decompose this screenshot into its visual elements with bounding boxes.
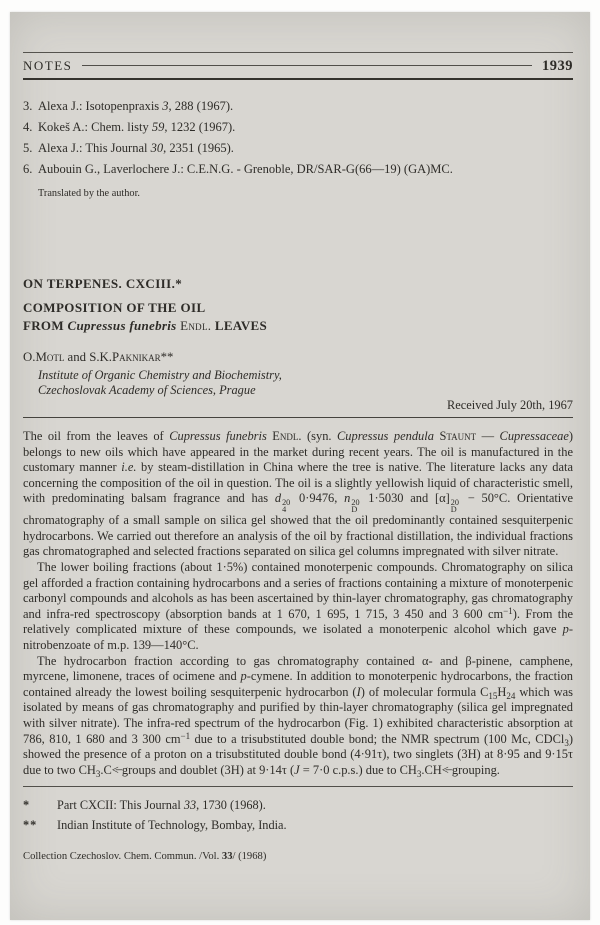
authors-line: O.Motl and S.K.Paknikar**: [23, 349, 573, 365]
article-title-line1: COMPOSITION OF THE OIL: [23, 300, 573, 316]
reference-number: 3.: [23, 96, 38, 117]
reference-number: 4.: [23, 117, 38, 138]
reference-item: 3. Alexa J.: Isotopenpraxis 3, 288 (1967…: [23, 96, 573, 117]
article-series-title: ON TERPENES. CXCIII.*: [23, 276, 573, 291]
affiliation-line-2: Czechoslovak Academy of Sciences, Prague: [38, 383, 573, 398]
affiliation-line-1: Institute of Organic Chemistry and Bioch…: [38, 368, 573, 383]
header-rule: [82, 65, 532, 66]
received-date: Received July 20th, 1967: [23, 398, 573, 413]
reference-item: 6. Aubouin G., Laverlochere J.: C.E.N.G.…: [23, 159, 573, 180]
reference-list: 3. Alexa J.: Isotopenpraxis 3, 288 (1967…: [23, 96, 573, 180]
footnote-list: * Part CXCII: This Journal 33, 1730 (196…: [23, 795, 573, 835]
running-head: NOTES: [23, 58, 72, 74]
paragraph: The lower boiling fractions (about 1·5%)…: [23, 560, 573, 654]
footnote-text: Part CXCII: This Journal 33, 1730 (1968)…: [57, 795, 573, 815]
affiliation: Institute of Organic Chemistry and Bioch…: [38, 368, 573, 398]
page-number: 1939: [542, 58, 573, 75]
paragraph: The oil from the leaves of Cupressus fun…: [23, 429, 573, 560]
reference-text: Alexa J.: This Journal 30, 2351 (1965).: [38, 138, 573, 159]
footnote-marker: *: [23, 795, 57, 815]
reference-number: 5.: [23, 138, 38, 159]
article-heading: ON TERPENES. CXCIII.* COMPOSITION OF THE…: [23, 276, 573, 413]
paragraph: The hydrocarbon fraction according to ga…: [23, 654, 573, 779]
reference-item: 5. Alexa J.: This Journal 30, 2351 (1965…: [23, 138, 573, 159]
footnote-separator-rule: [23, 786, 573, 787]
journal-page: NOTES 1939 3. Alexa J.: Isotopenpraxis 3…: [10, 12, 590, 920]
footnote-item: ** Indian Institute of Technology, Bomba…: [23, 815, 573, 835]
reference-number: 6.: [23, 159, 38, 180]
reference-item: 4. Kokeš A.: Chem. listy 59, 1232 (1967)…: [23, 117, 573, 138]
reference-text: Alexa J.: Isotopenpraxis 3, 288 (1967).: [38, 96, 573, 117]
reference-text: Aubouin G., Laverlochere J.: C.E.N.G. - …: [38, 159, 573, 180]
footnote-text: Indian Institute of Technology, Bombay, …: [57, 815, 573, 835]
journal-footer: Collection Czechoslov. Chem. Commun. /Vo…: [23, 850, 573, 863]
heading-divider-rule: [23, 417, 573, 418]
footnote-item: * Part CXCII: This Journal 33, 1730 (196…: [23, 795, 573, 815]
article-body: The oil from the leaves of Cupressus fun…: [23, 429, 573, 778]
reference-text: Kokeš A.: Chem. listy 59, 1232 (1967).: [38, 117, 573, 138]
footnote-marker: **: [23, 815, 57, 835]
page-header: NOTES 1939: [23, 52, 573, 80]
translator-note: Translated by the author.: [38, 187, 573, 200]
article-title-line2: FROM Cupressus funebris Endl. LEAVES: [23, 318, 573, 334]
